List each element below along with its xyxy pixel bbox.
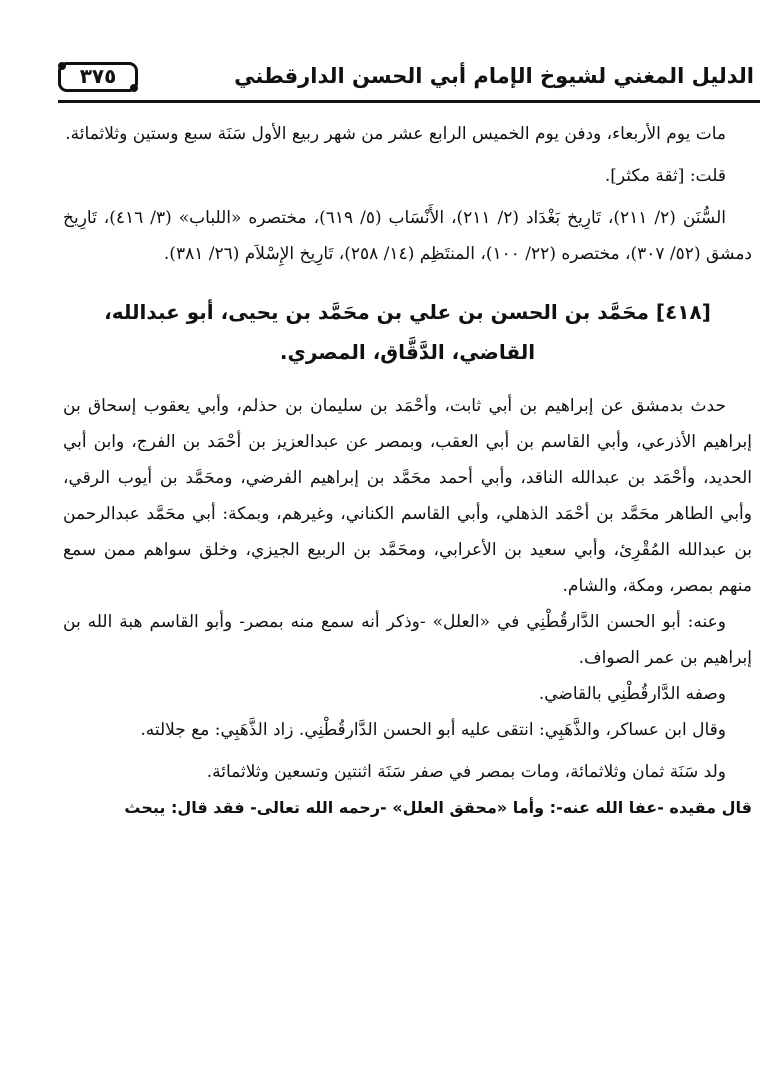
page-body: مات يوم الأربعاء، ودفن يوم الخميس الرابع… <box>63 116 752 826</box>
grading-paragraph: قلت: [ثقة مكثر]. <box>63 158 752 194</box>
birth-death-paragraph: ولد سَنَة ثمان وثلاثمائة، ومات بمصر في ص… <box>63 754 752 790</box>
book-title: الدليل المغني لشيوخ الإمام أبي الحسن الد… <box>234 64 754 88</box>
entry-heading: [٤١٨] محَمَّد بن الحسن بن علي بن محَمَّد… <box>63 292 752 372</box>
page-number-frame: ٣٧٥ <box>58 62 138 92</box>
page-header: الدليل المغني لشيوخ الإمام أبي الحسن الد… <box>58 62 760 98</box>
death-date-paragraph: مات يوم الأربعاء، ودفن يوم الخميس الرابع… <box>63 116 752 152</box>
description-paragraph: وصفه الدَّارقُطْنِي بالقاضي. <box>63 676 752 712</box>
header-divider <box>58 100 760 103</box>
teachers-paragraph: حدث بدمشق عن إبراهيم بن أبي ثابت، وأحْمَ… <box>63 388 752 604</box>
students-paragraph: وعنه: أبو الحسن الدَّارقُطْنِي في «العلل… <box>63 604 752 676</box>
sources-paragraph: السُّنَن (٢/ ٢١١)، تَارِيخ بَغْدَاد (٢/ … <box>63 200 752 272</box>
page-number: ٣٧٥ <box>80 66 117 86</box>
book-page: الدليل المغني لشيوخ الإمام أبي الحسن الد… <box>0 0 760 1081</box>
opinion-paragraph: وقال ابن عساكر، والذَّهَبِي: انتقى عليه … <box>63 712 752 748</box>
editor-note: قال مقيده -عفا الله عنه-: وأما «محقق الع… <box>63 790 752 826</box>
